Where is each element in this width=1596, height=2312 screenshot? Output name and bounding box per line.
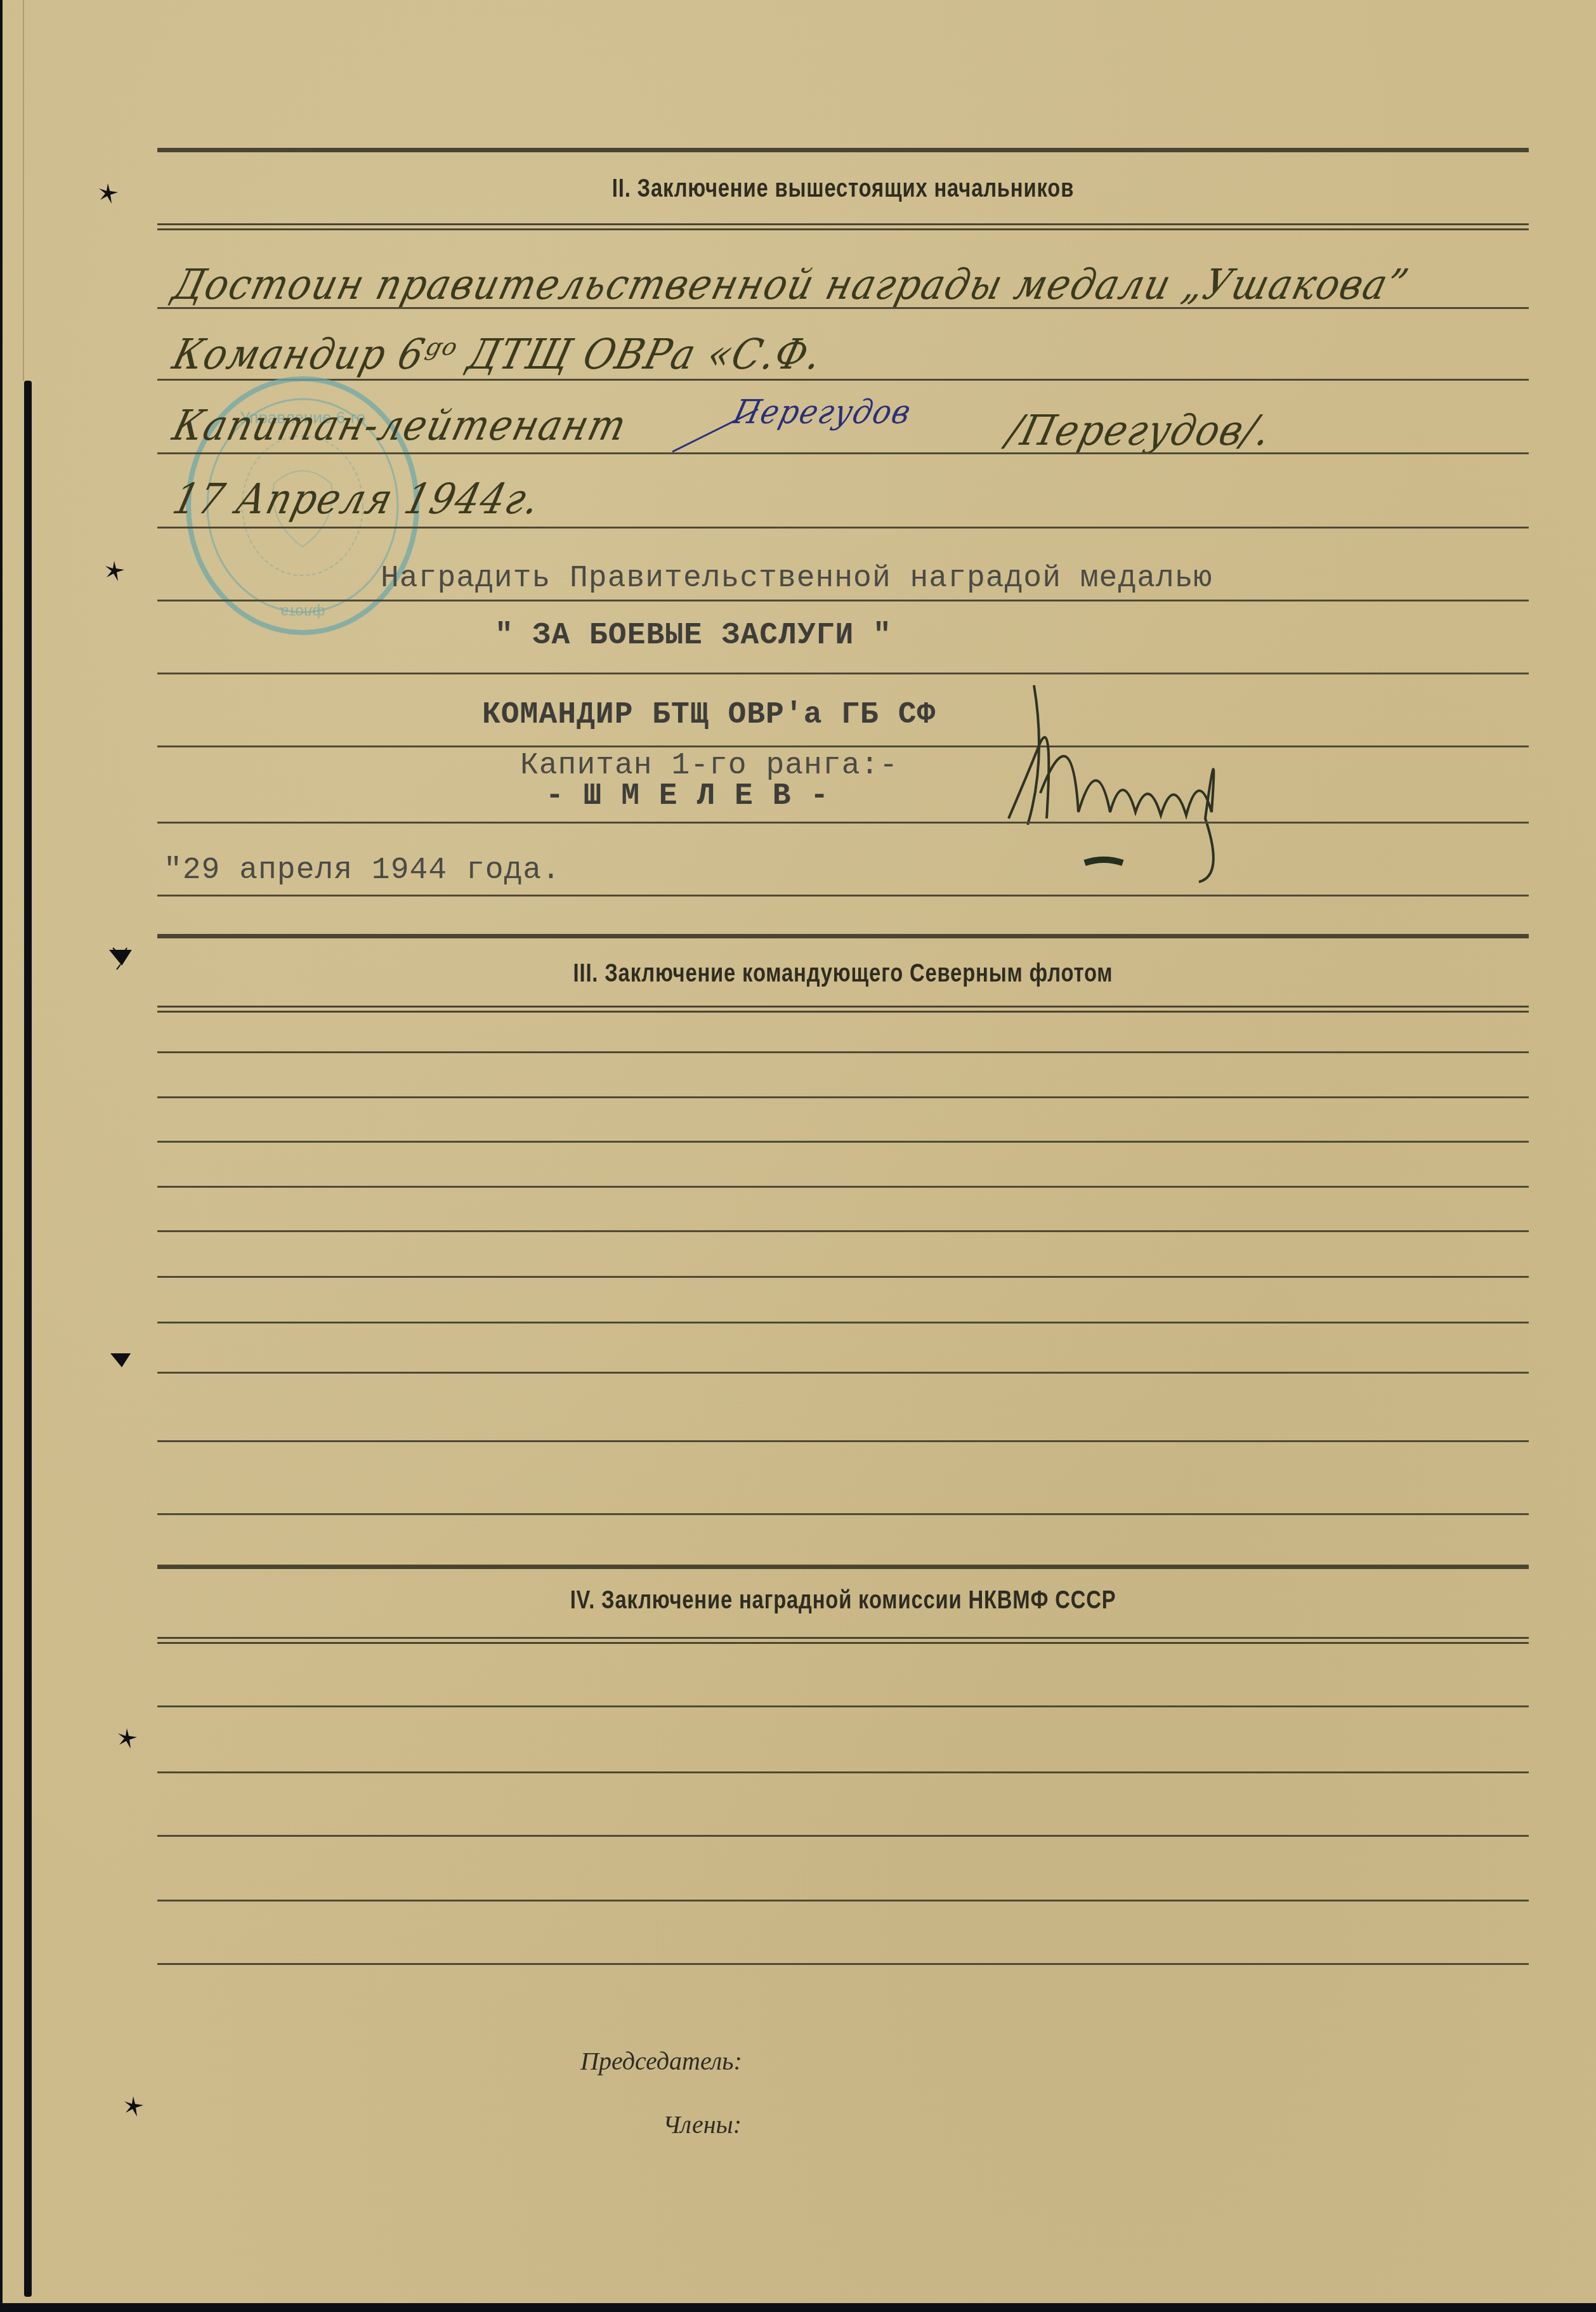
punch-hole-icon bbox=[101, 558, 127, 584]
handwritten-name: /Перегудов/. bbox=[1002, 406, 1276, 455]
handwritten-recommendation: Достоин правительственной награды медали… bbox=[168, 260, 1414, 309]
form-line-blank bbox=[157, 1963, 1529, 1965]
chairman-label: Председатель: bbox=[580, 2046, 742, 2076]
form-line bbox=[157, 600, 1529, 601]
signature-shmelev-icon bbox=[990, 673, 1345, 901]
form-line-blank bbox=[157, 1141, 1529, 1143]
punch-hole-icon bbox=[114, 1726, 140, 1751]
form-line-blank bbox=[157, 1322, 1529, 1323]
form-line-blank bbox=[157, 1230, 1529, 1232]
binding-edge bbox=[24, 381, 32, 2297]
typed-rank: Капитан 1-го ранга:- bbox=[520, 749, 898, 783]
section-2-heading: II. Заключение вышестоящих начальников bbox=[281, 174, 1406, 203]
fold-line bbox=[23, 0, 24, 381]
form-line bbox=[157, 822, 1529, 824]
section-rule-double bbox=[157, 1006, 1529, 1013]
typed-date: "29 апреля 1944 года. bbox=[164, 853, 561, 888]
section-rule bbox=[157, 148, 1529, 152]
typed-commander-title: КОМАНДИР БТЩ ОВР'а ГБ СФ bbox=[482, 698, 936, 732]
form-line bbox=[157, 895, 1529, 897]
handwritten-rank: Капитан-лейтенант bbox=[168, 401, 632, 450]
handwritten-date: 17 Апреля 1944г. bbox=[168, 475, 546, 523]
section-rule bbox=[157, 934, 1529, 938]
form-line-blank bbox=[157, 1900, 1529, 1901]
punch-hole-icon bbox=[108, 1348, 133, 1374]
form-line-blank bbox=[157, 1372, 1529, 1374]
members-label: Члены: bbox=[663, 2110, 742, 2139]
scan-edge-bottom bbox=[0, 2303, 1596, 2312]
typed-medal-name: " ЗА БОЕВЫЕ ЗАСЛУГИ " bbox=[495, 619, 892, 653]
punch-hole-icon bbox=[108, 945, 133, 971]
form-line-blank bbox=[157, 1513, 1529, 1515]
form-line-blank bbox=[157, 1835, 1529, 1837]
form-line-blank bbox=[157, 1051, 1529, 1053]
form-line-blank bbox=[157, 1705, 1529, 1707]
form-line-blank bbox=[157, 1276, 1529, 1278]
typed-surname: - Ш М Е Л Е В - bbox=[546, 779, 829, 813]
typed-award-decision: Наградить Правительственной наградой мед… bbox=[381, 562, 1212, 596]
form-line-blank bbox=[157, 1771, 1529, 1773]
document-sheet: II. Заключение вышестоящих начальников Д… bbox=[0, 0, 1596, 2312]
section-rule-double bbox=[157, 1637, 1529, 1644]
punch-hole-icon bbox=[95, 181, 121, 206]
form-line-blank bbox=[157, 1186, 1529, 1188]
form-line-blank bbox=[157, 1096, 1529, 1098]
svg-text:флота: флота bbox=[280, 603, 325, 621]
punch-hole-icon bbox=[121, 2094, 146, 2119]
section-4-heading: IV. Заключение наградной комиссии НКВМФ … bbox=[281, 1586, 1406, 1615]
section-rule bbox=[157, 1565, 1529, 1569]
form-line-blank bbox=[157, 1440, 1529, 1442]
section-3-heading: III. Заключение командующего Северным фл… bbox=[281, 959, 1406, 988]
form-line bbox=[157, 307, 1529, 309]
scan-edge-left bbox=[0, 0, 3, 2312]
section-rule-double bbox=[157, 223, 1529, 230]
form-line bbox=[157, 527, 1529, 529]
form-line bbox=[157, 452, 1529, 454]
signature-stroke-icon bbox=[666, 406, 761, 457]
